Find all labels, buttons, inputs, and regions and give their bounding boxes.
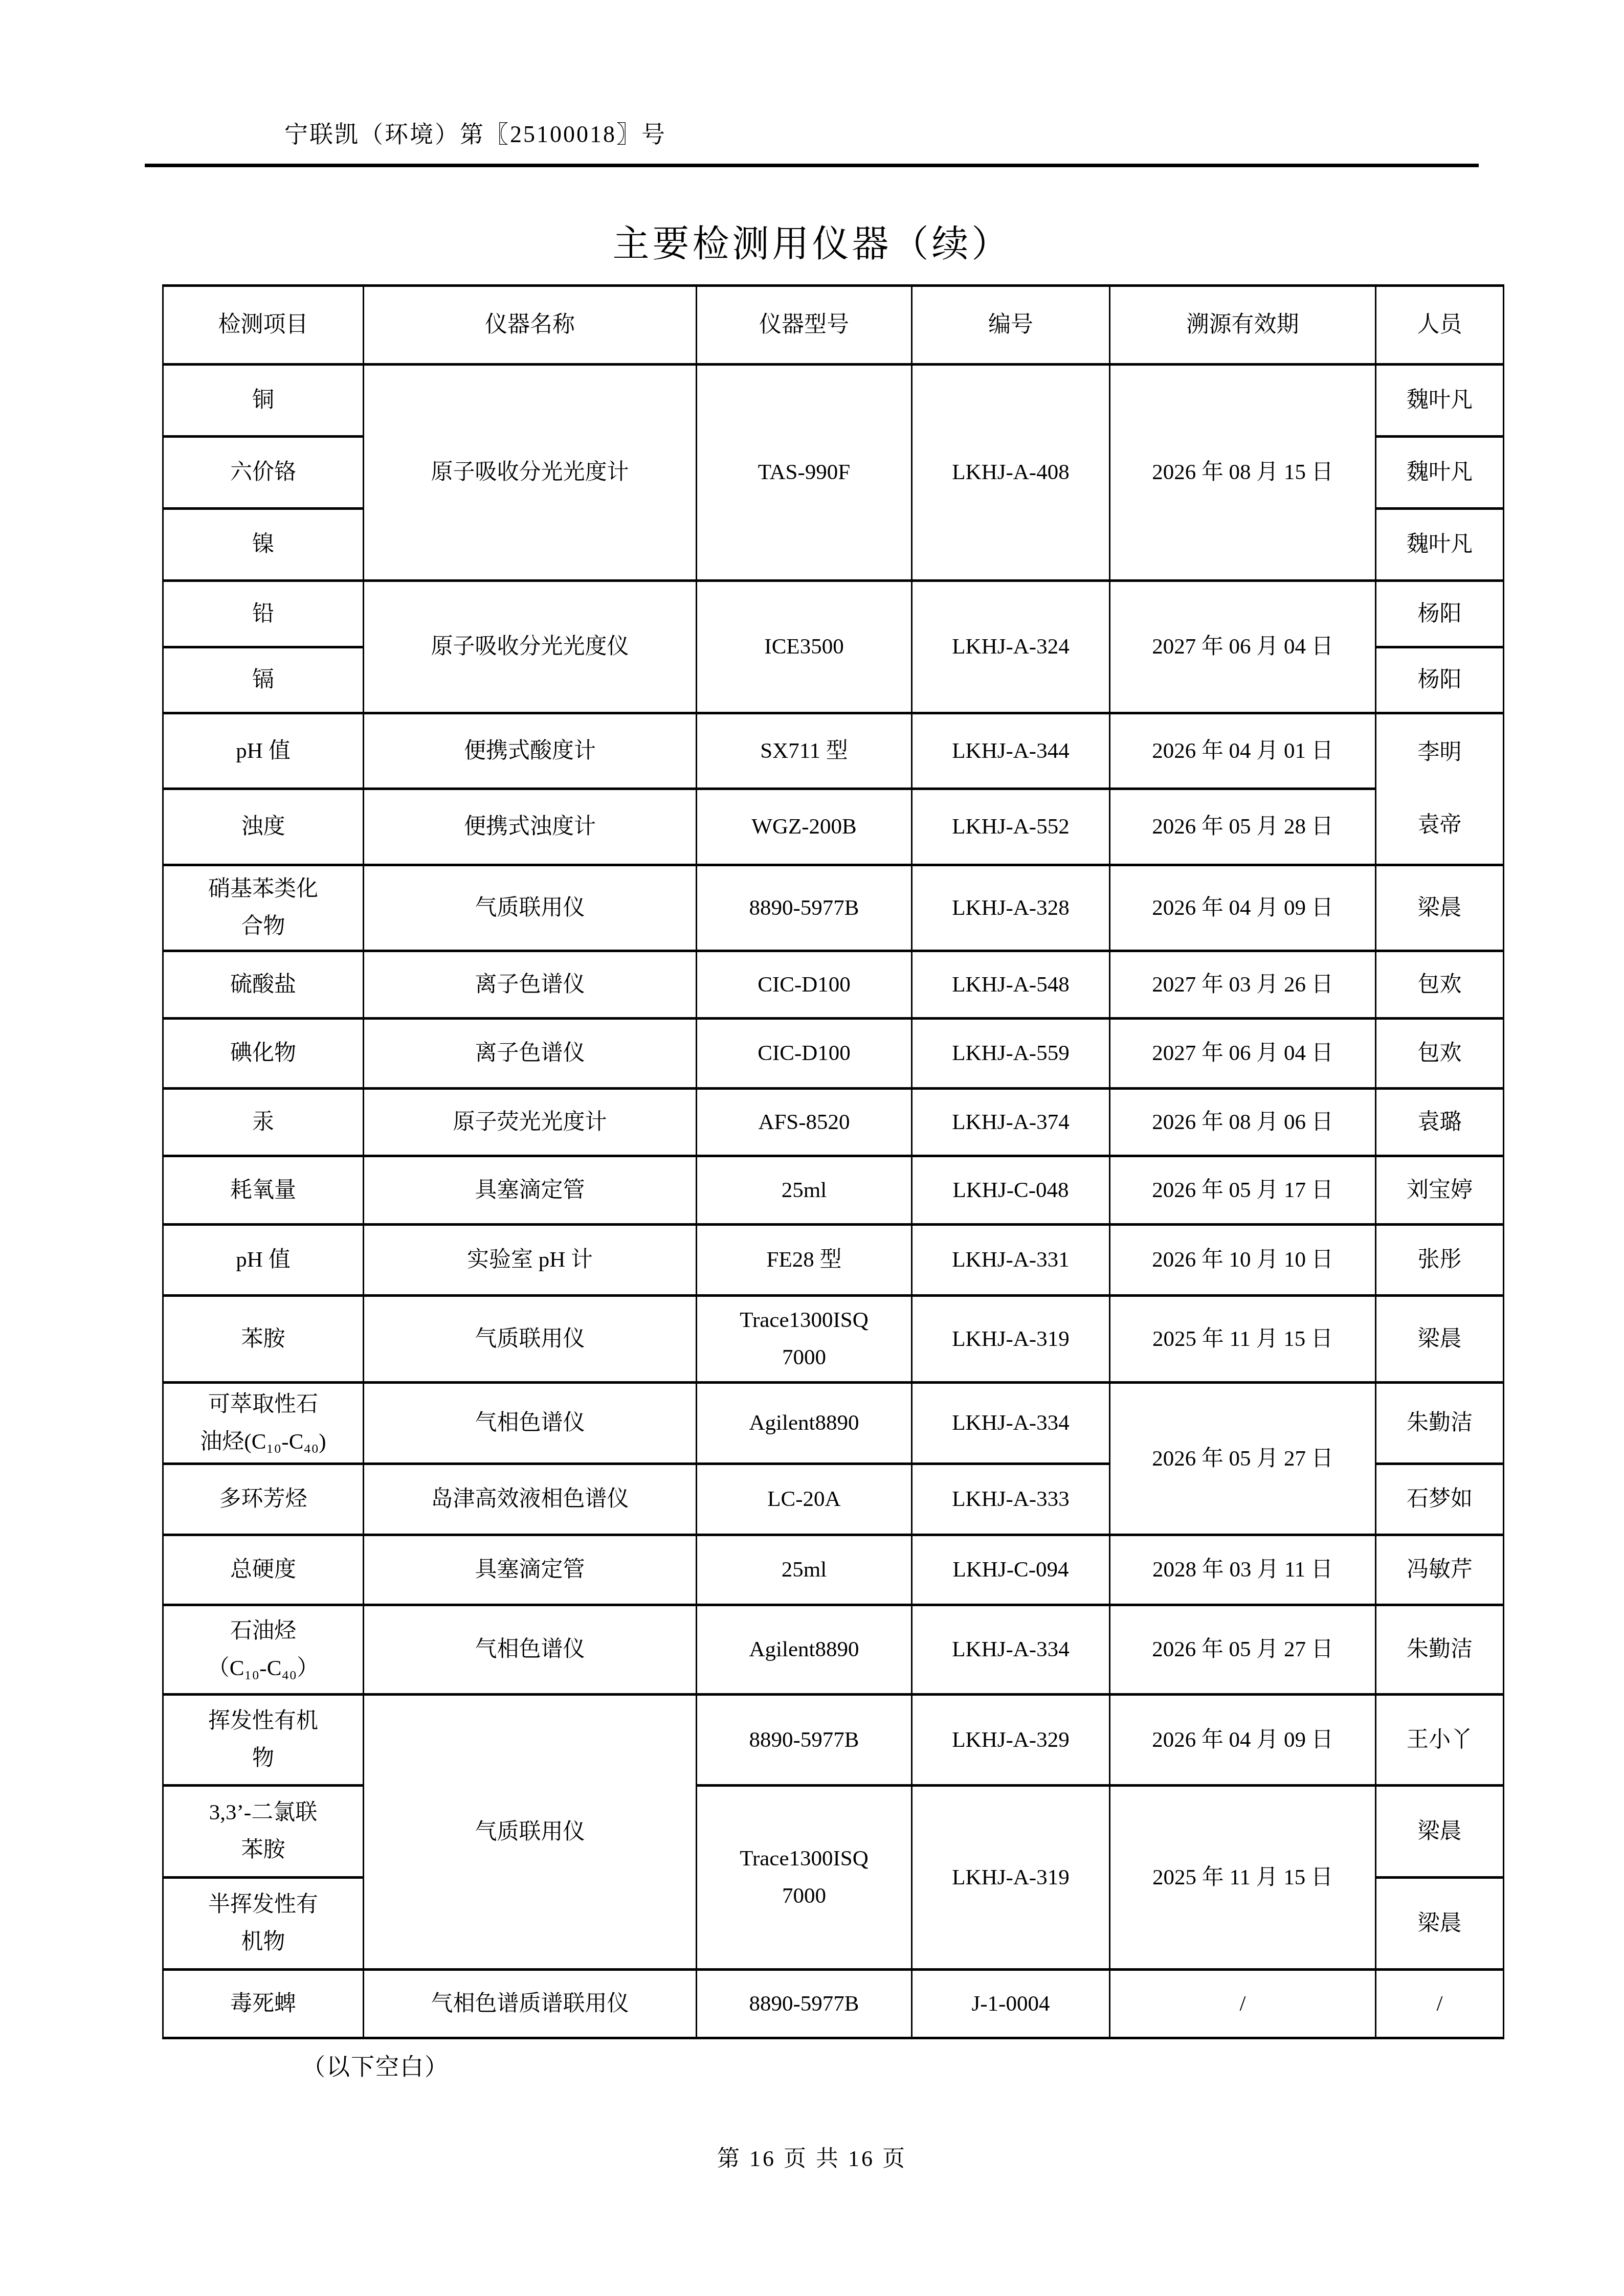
cell-person: 梁晨 (1376, 1295, 1504, 1382)
cell-code: LKHJ-A-559 (912, 1018, 1110, 1088)
cell-model: FE28 型 (697, 1224, 912, 1295)
cell-validity: 2028 年 03 月 11 日 (1110, 1535, 1376, 1605)
cell-validity: 2026 年 04 月 09 日 (1110, 865, 1376, 951)
doc-number: 宁联凯（环境）第〖25100018〗号 (284, 116, 666, 149)
cell-person: 杨阳 (1376, 581, 1504, 647)
column-header-person: 人员 (1376, 286, 1504, 365)
cell-instrument: 气质联用仪 (364, 1295, 697, 1382)
cell-code: LKHJ-A-548 (912, 951, 1110, 1018)
cell-person: 包欢 (1376, 1018, 1504, 1088)
table-row: 硫酸盐 离子色谱仪 CIC-D100 LKHJ-A-548 2027 年 03 … (163, 951, 1504, 1018)
cell-instrument: 具塞滴定管 (364, 1535, 697, 1605)
cell-instrument: 气相色谱仪 (364, 1605, 697, 1694)
cell-instrument: 具塞滴定管 (364, 1156, 697, 1224)
cell-code: LKHJ-A-331 (912, 1224, 1110, 1295)
cell-item: 石油烃 （C₁₀-C₄₀） (163, 1605, 364, 1694)
cell-validity: 2026 年 05 月 28 日 (1110, 789, 1376, 865)
table-row: 苯胺 气质联用仪 Trace1300ISQ 7000 LKHJ-A-319 20… (163, 1295, 1504, 1382)
table-row: 浊度 便携式浊度计 WGZ-200B LKHJ-A-552 2026 年 05 … (163, 789, 1504, 865)
cell-item: 多环芳烃 (163, 1464, 364, 1535)
cell-model: Agilent8890 (697, 1605, 912, 1694)
cell-model: 8890-5977B (697, 1694, 912, 1785)
cell-code: LKHJ-A-552 (912, 789, 1110, 865)
cell-item: 耗氧量 (163, 1156, 364, 1224)
cell-person: 石梦如 (1376, 1464, 1504, 1535)
cell-item: 毒死蜱 (163, 1969, 364, 2038)
cell-person: 朱勤洁 (1376, 1605, 1504, 1694)
table-row: 硝基苯类化 合物 气质联用仪 8890-5977B LKHJ-A-328 202… (163, 865, 1504, 951)
cell-person: 魏叶凡 (1376, 437, 1504, 509)
cell-person: 王小丫 (1376, 1694, 1504, 1785)
cell-person: 刘宝婷 (1376, 1156, 1504, 1224)
table-row: 挥发性有机 物 气质联用仪 8890-5977B LKHJ-A-329 2026… (163, 1694, 1504, 1785)
cell-item: 3,3’-二氯联 苯胺 (163, 1785, 364, 1877)
cell-model: AFS-8520 (697, 1088, 912, 1156)
cell-instrument: 离子色谱仪 (364, 951, 697, 1018)
cell-model: 8890-5977B (697, 1969, 912, 2038)
cell-person: 魏叶凡 (1376, 365, 1504, 437)
table-row: 石油烃 （C₁₀-C₄₀） 气相色谱仪 Agilent8890 LKHJ-A-3… (163, 1605, 1504, 1694)
cell-validity: 2026 年 05 月 17 日 (1110, 1156, 1376, 1224)
cell-model: 25ml (697, 1535, 912, 1605)
cell-code: LKHJ-A-333 (912, 1464, 1110, 1535)
cell-model: CIC-D100 (697, 1018, 912, 1088)
cell-item: 六价铬 (163, 437, 364, 509)
cell-item: 铅 (163, 581, 364, 647)
table-header-row: 检测项目 仪器名称 仪器型号 编号 溯源有效期 人员 (163, 286, 1504, 365)
cell-person: 梁晨 (1376, 865, 1504, 951)
cell-validity: 2027 年 06 月 04 日 (1110, 581, 1376, 713)
cell-validity: / (1110, 1969, 1376, 2038)
cell-code: LKHJ-A-374 (912, 1088, 1110, 1156)
cell-model: TAS-990F (697, 365, 912, 581)
cell-model: ICE3500 (697, 581, 912, 713)
cell-item: 挥发性有机 物 (163, 1694, 364, 1785)
cell-validity: 2027 年 06 月 04 日 (1110, 1018, 1376, 1088)
column-header-model: 仪器型号 (697, 286, 912, 365)
cell-code: LKHJ-A-319 (912, 1785, 1110, 1969)
cell-code: LKHJ-A-334 (912, 1605, 1110, 1694)
cell-person: 杨阳 (1376, 647, 1504, 713)
cell-instrument: 原子吸收分光光度计 (364, 365, 697, 581)
cell-item: 硝基苯类化 合物 (163, 865, 364, 951)
table-row: 铅 原子吸收分光光度仪 ICE3500 LKHJ-A-324 2027 年 06… (163, 581, 1504, 647)
cell-person: 魏叶凡 (1376, 509, 1504, 581)
table-row: 总硬度 具塞滴定管 25ml LKHJ-C-094 2028 年 03 月 11… (163, 1535, 1504, 1605)
cell-item: 硫酸盐 (163, 951, 364, 1018)
cell-model: Trace1300ISQ 7000 (697, 1295, 912, 1382)
cell-person: 袁璐 (1376, 1088, 1504, 1156)
cell-person: 梁晨 (1376, 1877, 1504, 1969)
cell-instrument: 气质联用仪 (364, 865, 697, 951)
column-header-instrument: 仪器名称 (364, 286, 697, 365)
cell-instrument: 原子荧光光度计 (364, 1088, 697, 1156)
cell-validity: 2026 年 04 月 01 日 (1110, 713, 1376, 789)
cell-item: 苯胺 (163, 1295, 364, 1382)
cell-code: LKHJ-C-094 (912, 1535, 1110, 1605)
cell-code: LKHJ-A-324 (912, 581, 1110, 713)
table-row: 耗氧量 具塞滴定管 25ml LKHJ-C-048 2026 年 05 月 17… (163, 1156, 1504, 1224)
cell-model: SX711 型 (697, 713, 912, 789)
cell-code: LKHJ-A-408 (912, 365, 1110, 581)
page-number: 第 16 页 共 16 页 (0, 2140, 1624, 2173)
table-row: 可萃取性石 油烃(C₁₀-C₄₀) 气相色谱仪 Agilent8890 LKHJ… (163, 1382, 1504, 1464)
cell-item: 浊度 (163, 789, 364, 865)
cell-code: J-1-0004 (912, 1969, 1110, 2038)
cell-person: / (1376, 1969, 1504, 2038)
table-row: pH 值 实验室 pH 计 FE28 型 LKHJ-A-331 2026 年 1… (163, 1224, 1504, 1295)
cell-item: 可萃取性石 油烃(C₁₀-C₄₀) (163, 1382, 364, 1464)
page-title: 主要检测用仪器（续） (0, 214, 1624, 267)
cell-code: LKHJ-C-048 (912, 1156, 1110, 1224)
table-row: 毒死蜱 气相色谱质谱联用仪 8890-5977B J-1-0004 / / (163, 1969, 1504, 2038)
page: 宁联凯（环境）第〖25100018〗号 主要检测用仪器（续） 检测项目 仪器名称… (0, 0, 1624, 2296)
cell-validity: 2026 年 05 月 27 日 (1110, 1382, 1376, 1535)
cell-validity: 2025 年 11 月 15 日 (1110, 1785, 1376, 1969)
cell-item: 半挥发性有 机物 (163, 1877, 364, 1969)
cell-item: 总硬度 (163, 1535, 364, 1605)
cell-validity: 2025 年 11 月 15 日 (1110, 1295, 1376, 1382)
cell-instrument: 气质联用仪 (364, 1694, 697, 1969)
cell-item: 汞 (163, 1088, 364, 1156)
cell-instrument: 气相色谱仪 (364, 1382, 697, 1464)
cell-validity: 2026 年 04 月 09 日 (1110, 1694, 1376, 1785)
cell-instrument: 实验室 pH 计 (364, 1224, 697, 1295)
header-rule (145, 164, 1479, 167)
cell-person: 梁晨 (1376, 1785, 1504, 1877)
column-header-item: 检测项目 (163, 286, 364, 365)
cell-instrument: 便携式浊度计 (364, 789, 697, 865)
cell-model: 25ml (697, 1156, 912, 1224)
cell-code: LKHJ-A-319 (912, 1295, 1110, 1382)
cell-item: 铜 (163, 365, 364, 437)
cell-instrument: 气相色谱质谱联用仪 (364, 1969, 697, 2038)
cell-validity: 2027 年 03 月 26 日 (1110, 951, 1376, 1018)
cell-person: 朱勤洁 (1376, 1382, 1504, 1464)
blank-below-note: （以下空白） (302, 2048, 449, 2082)
column-header-code: 编号 (912, 286, 1110, 365)
cell-person: 李明 袁帝 (1376, 713, 1504, 865)
cell-model: WGZ-200B (697, 789, 912, 865)
cell-person: 张彤 (1376, 1224, 1504, 1295)
table-row: pH 值 便携式酸度计 SX711 型 LKHJ-A-344 2026 年 04… (163, 713, 1504, 789)
cell-validity: 2026 年 08 月 15 日 (1110, 365, 1376, 581)
cell-model: Trace1300ISQ 7000 (697, 1785, 912, 1969)
cell-person: 包欢 (1376, 951, 1504, 1018)
cell-item: 镉 (163, 647, 364, 713)
cell-code: LKHJ-A-328 (912, 865, 1110, 951)
cell-item: pH 值 (163, 713, 364, 789)
cell-model: 8890-5977B (697, 865, 912, 951)
cell-validity: 2026 年 08 月 06 日 (1110, 1088, 1376, 1156)
cell-model: Agilent8890 (697, 1382, 912, 1464)
cell-validity: 2026 年 10 月 10 日 (1110, 1224, 1376, 1295)
cell-model: CIC-D100 (697, 951, 912, 1018)
cell-code: LKHJ-A-344 (912, 713, 1110, 789)
cell-instrument: 原子吸收分光光度仪 (364, 581, 697, 713)
cell-validity: 2026 年 05 月 27 日 (1110, 1605, 1376, 1694)
cell-item: pH 值 (163, 1224, 364, 1295)
cell-item: 镍 (163, 509, 364, 581)
table-row: 碘化物 离子色谱仪 CIC-D100 LKHJ-A-559 2027 年 06 … (163, 1018, 1504, 1088)
cell-person: 冯敏芹 (1376, 1535, 1504, 1605)
cell-instrument: 离子色谱仪 (364, 1018, 697, 1088)
table-row: 汞 原子荧光光度计 AFS-8520 LKHJ-A-374 2026 年 08 … (163, 1088, 1504, 1156)
cell-code: LKHJ-A-329 (912, 1694, 1110, 1785)
column-header-validity: 溯源有效期 (1110, 286, 1376, 365)
table-row: 铜 原子吸收分光光度计 TAS-990F LKHJ-A-408 2026 年 0… (163, 365, 1504, 437)
cell-instrument: 便携式酸度计 (364, 713, 697, 789)
cell-code: LKHJ-A-334 (912, 1382, 1110, 1464)
cell-instrument: 岛津高效液相色谱仪 (364, 1464, 697, 1535)
instruments-table: 检测项目 仪器名称 仪器型号 编号 溯源有效期 人员 铜 原子吸收分光光度计 T… (162, 284, 1504, 2039)
cell-item: 碘化物 (163, 1018, 364, 1088)
cell-model: LC-20A (697, 1464, 912, 1535)
